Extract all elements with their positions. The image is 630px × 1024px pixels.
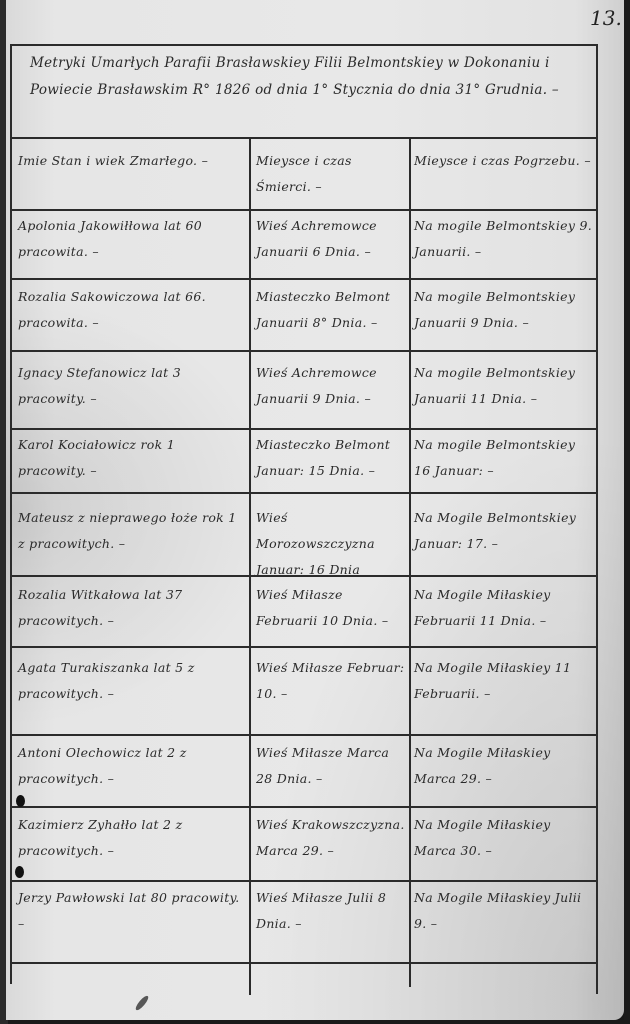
entry-name: Karol Kociałowicz rok 1 pracowity. – [18, 432, 244, 484]
entry-burial: Na mogile Belmontskiey 16 Januar: – [414, 432, 594, 484]
rule-row [10, 209, 598, 211]
rule-right [596, 44, 598, 994]
rule-row [10, 278, 598, 280]
entry-death: Miasteczko Belmont Januar: 15 Dnia. – [256, 432, 406, 484]
entry-burial: Na mogile Belmontskiey 9. Januarii. – [414, 213, 594, 265]
rule-header-top [10, 137, 598, 139]
entry-burial: Na Mogile Miłaskiey Marca 29. – [414, 740, 594, 792]
entry-burial: Na Mogile Miłaskiey Februarii 11 Dnia. – [414, 582, 594, 634]
entry-name: Rozalia Witkałowa lat 37 pracowitych. – [18, 582, 244, 634]
entry-name: Mateusz z nieprawego łoże rok 1 z pracow… [18, 505, 244, 557]
column-header-death: Mieysce i czas Śmierci. – [256, 148, 406, 200]
rule-bottom [10, 962, 598, 964]
ink-blot [16, 795, 25, 807]
rule-top [10, 44, 598, 46]
rule-left [10, 44, 12, 984]
entry-burial: Na Mogile Belmontskiey Januar: 17. – [414, 505, 594, 557]
entry-name: Ignacy Stefanowicz lat 3 pracowity. – [18, 360, 244, 412]
entry-death: Wieś Achremowce Januarii 9 Dnia. – [256, 360, 406, 412]
entry-burial: Na mogile Belmontskiey Januarii 9 Dnia. … [414, 284, 594, 336]
entry-name: Antoni Olechowicz lat 2 z pracowitych. – [18, 740, 244, 792]
rule-row [10, 734, 598, 736]
entry-burial: Na Mogile Miłaskiey Julii 9. – [414, 885, 594, 937]
column-header-name: Imie Stan i wiek Zmarłego. – [18, 148, 244, 174]
rule-row [10, 646, 598, 648]
entry-death: Wieś Miłasze Marca 28 Dnia. – [256, 740, 406, 792]
rule-row [10, 880, 598, 882]
entry-name: Kazimierz Zyhałło lat 2 z pracowitych. – [18, 812, 244, 864]
rule-row [10, 492, 598, 494]
entry-death: Wieś Miłasze Februarii 10 Dnia. – [256, 582, 406, 634]
entry-name: Jerzy Pawłowski lat 80 pracowity. – [18, 885, 244, 937]
rule-col-2 [409, 137, 411, 987]
entry-death: Wieś Morozowszczyzna Januar: 16 Dnia [256, 505, 406, 583]
entry-burial: Na Mogile Miłaskiey Marca 30. – [414, 812, 594, 864]
entry-name: Apolonia Jakowiłłowa lat 60 pracowita. – [18, 213, 244, 265]
entry-burial: Na Mogile Miłaskiey 11 Februarii. – [414, 655, 594, 707]
rule-row [10, 806, 598, 808]
register-title: Metrykі Umarłych Parafii Brasławskiey Fi… [30, 50, 590, 104]
entry-death: Wieś Krakowszczyzna. Marca 29. – [256, 812, 406, 864]
entry-death: Wieś Miłasze Julii 8 Dnia. – [256, 885, 406, 937]
entry-name: Agata Turakiszanka lat 5 z pracowitych. … [18, 655, 244, 707]
entry-death: Wieś Miłasze Februar: 10. – [256, 655, 406, 707]
rule-row [10, 428, 598, 430]
column-header-burial: Mieysce i czas Pogrzebu. – [414, 148, 594, 174]
page-number: 13. [590, 6, 622, 30]
entry-burial: Na mogile Belmontskiey Januarii 11 Dnia.… [414, 360, 594, 412]
rule-col-1 [249, 137, 251, 995]
entry-death: Wieś Achremowce Januarii 6 Dnia. – [256, 213, 406, 265]
entry-death: Miasteczko Belmont Januarii 8° Dnia. – [256, 284, 406, 336]
rule-row [10, 350, 598, 352]
entry-name: Rozalia Sakowiczowa lat 66. pracowita. – [18, 284, 244, 336]
ink-blot [15, 866, 24, 878]
